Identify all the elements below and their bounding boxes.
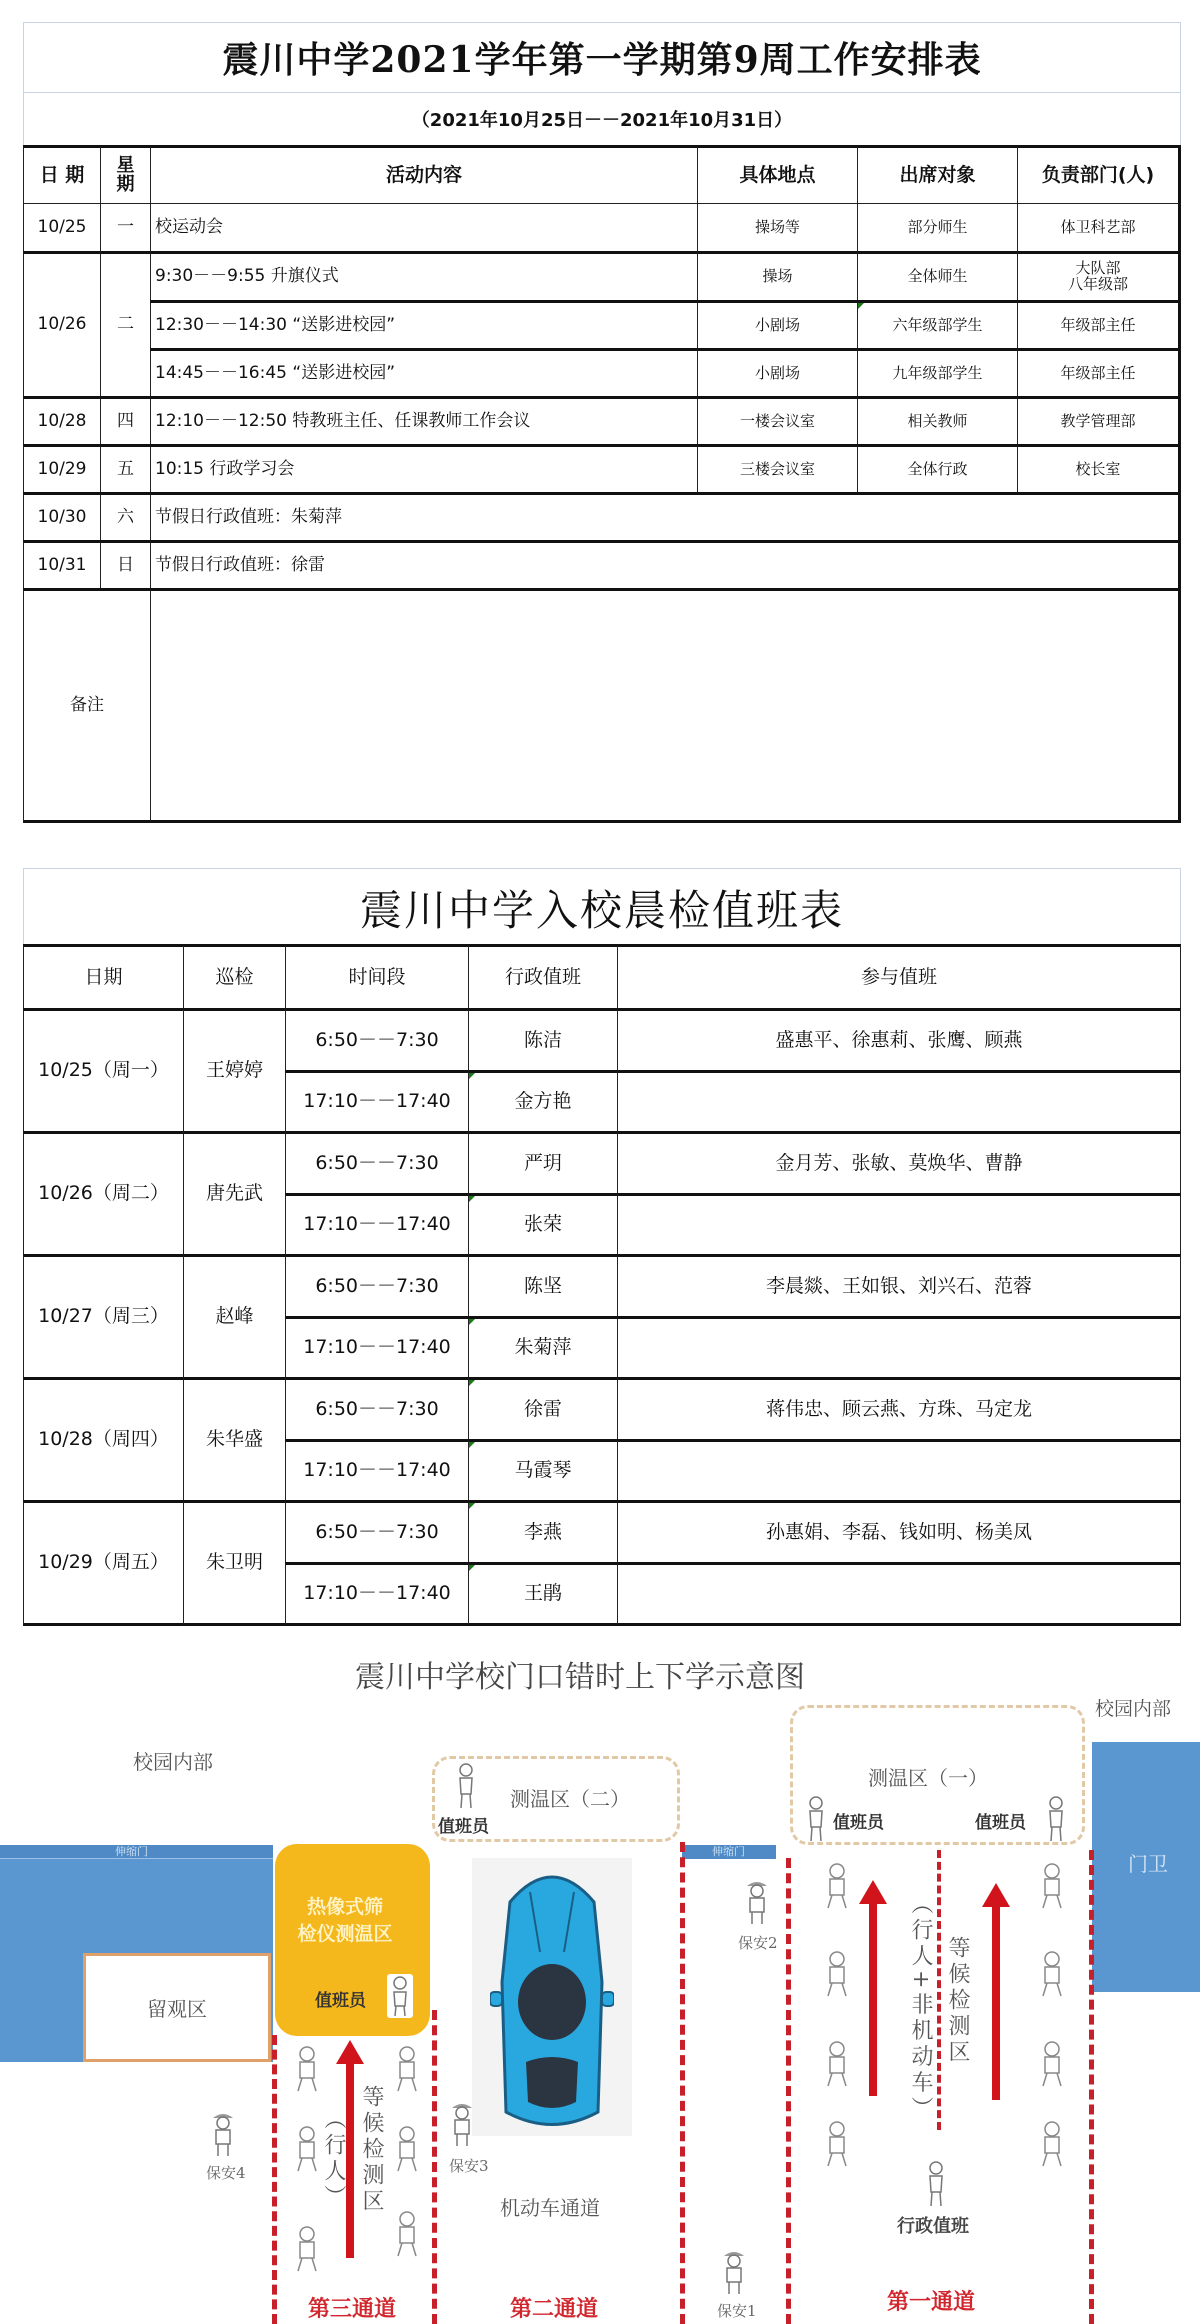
shift-time: 17:10－－17:40 xyxy=(285,1070,469,1132)
row-weekday: 五 xyxy=(100,444,151,493)
row-activity: 9:30－－9:55 升旗仪式 xyxy=(150,251,698,301)
header-patrol: 巡检 xyxy=(183,944,286,1009)
shift-participants xyxy=(617,1070,1181,1132)
day-date: 10/25（周一） xyxy=(23,1008,184,1132)
shift-admin: 王鹃 xyxy=(468,1562,618,1626)
day-patrol: 唐先武 xyxy=(183,1131,286,1255)
shift-time: 6:50－－7:30 xyxy=(285,1008,469,1071)
student-icon xyxy=(820,2120,854,2168)
shift-admin: 张荣 xyxy=(468,1193,618,1255)
day-patrol: 朱华盛 xyxy=(183,1377,286,1501)
thermal-zone-staff-label: 值班员 xyxy=(315,1986,366,2011)
staff-icon xyxy=(1040,1795,1074,1843)
header-department: 负责部门(人) xyxy=(1017,145,1181,204)
header-attendees: 出席对象 xyxy=(857,145,1018,204)
remarks-value xyxy=(150,588,1181,823)
lane-divider xyxy=(432,2010,437,2324)
comment-marker-icon xyxy=(469,1565,475,1571)
comment-marker-icon xyxy=(469,1380,475,1386)
row-activity: 14:45－－16:45 “送影进校园” xyxy=(150,348,698,397)
shift-participants: 盛惠平、徐惠莉、张鹰、顾燕 xyxy=(617,1008,1181,1071)
row-location: 三楼会议室 xyxy=(697,444,858,493)
day-patrol: 朱卫明 xyxy=(183,1500,286,1626)
row-activity: 节假日行政值班：徐雷 xyxy=(150,540,1181,589)
lane-divider xyxy=(786,1858,791,2324)
thermal-scanner-zone: 热像式筛 检仪测温区 值班员 xyxy=(275,1844,430,2036)
row-department: 教学管理部 xyxy=(1017,396,1181,445)
shift-time: 6:50－－7:30 xyxy=(285,1131,469,1194)
shift-admin: 马霞琴 xyxy=(468,1439,618,1501)
day-date: 10/27（周三） xyxy=(23,1254,184,1378)
comment-marker-icon xyxy=(469,1442,475,1448)
student-icon xyxy=(1035,1950,1069,1998)
shift-participants xyxy=(617,1439,1181,1501)
staff-icon xyxy=(387,1974,413,2018)
row-location: 操场 xyxy=(697,251,858,301)
header-weekday-top: 星 xyxy=(117,157,135,176)
row-location: 小剧场 xyxy=(697,348,858,397)
shift-time: 6:50－－7:30 xyxy=(285,1500,469,1563)
temp-zone-1-staff-right-label: 值班员 xyxy=(975,1808,1026,1833)
shift-time: 17:10－－17:40 xyxy=(285,1562,469,1626)
day-date: 10/28（周四） xyxy=(23,1377,184,1501)
student-icon xyxy=(390,2045,424,2093)
shift-admin: 严玥 xyxy=(468,1131,618,1194)
comment-marker-icon xyxy=(469,1503,475,1509)
student-icon xyxy=(390,2210,424,2258)
shift-admin: 李燕 xyxy=(468,1500,618,1563)
shift-time: 17:10－－17:40 xyxy=(285,1316,469,1378)
admin-staff-icon xyxy=(920,2160,954,2208)
shift-participants: 孙惠娟、李磊、钱如明、杨美凤 xyxy=(617,1500,1181,1563)
row-activity: 节假日行政值班：朱菊萍 xyxy=(150,492,1181,541)
shift-admin: 金方艳 xyxy=(468,1070,618,1132)
header-weekday: 星 期 xyxy=(100,145,151,204)
admin-duty-label: 行政值班 xyxy=(897,2212,969,2238)
guard-1-label: 保安1 xyxy=(717,2300,757,2321)
shift-time: 6:50－－7:30 xyxy=(285,1377,469,1440)
shift-participants xyxy=(617,1193,1181,1255)
thermal-zone-line2: 检仪测温区 xyxy=(275,1921,415,1948)
diagram-title: 震川中学校门口错时上下学示意图 xyxy=(300,1652,860,1696)
student-icon xyxy=(1035,2040,1069,2088)
campus-inside-right-label: 校园内部 xyxy=(1095,1694,1171,1721)
row-attendees: 部分师生 xyxy=(857,203,1018,252)
guard-3-label: 保安3 xyxy=(449,2155,489,2176)
row-date: 10/30 xyxy=(23,492,101,541)
row-date: 10/25 xyxy=(23,203,101,252)
guard-icon xyxy=(717,2248,751,2296)
shift-time: 6:50－－7:30 xyxy=(285,1254,469,1317)
campus-inside-left-label: 校园内部 xyxy=(133,1746,213,1775)
shift-admin: 徐雷 xyxy=(468,1377,618,1440)
lane-3-label: 第三通道 xyxy=(308,2292,396,2323)
comment-marker-icon xyxy=(858,303,864,309)
row-date: 10/31 xyxy=(23,540,101,589)
header-date: 日期 xyxy=(23,944,184,1009)
lane1-waiting-label: 等候检测区 xyxy=(942,1936,973,2066)
row-department: 体卫科艺部 xyxy=(1017,203,1181,252)
day-date: 10/26（周二） xyxy=(23,1131,184,1255)
day-patrol: 王婷婷 xyxy=(183,1008,286,1132)
header-participants: 参与值班 xyxy=(617,944,1181,1009)
shift-participants: 蒋伟忠、顾云燕、方珠、马定龙 xyxy=(617,1377,1181,1440)
retractable-gate-left-label: 伸缩门 xyxy=(115,1843,148,1859)
row-department: 年级部主任 xyxy=(1017,348,1181,397)
work-schedule-title: 震川中学2021学年第一学期第9周工作安排表 xyxy=(23,22,1181,93)
student-icon xyxy=(820,2040,854,2088)
row-attendees: 全体行政 xyxy=(857,444,1018,493)
guard-2-label: 保安2 xyxy=(738,1932,778,1953)
shift-participants: 李晨燚、王如银、刘兴石、范蓉 xyxy=(617,1254,1181,1317)
vehicle-lane-label: 机动车通道 xyxy=(500,2192,600,2221)
row-attendees: 全体师生 xyxy=(857,251,1018,301)
retractable-gate-mid: 伸缩门 xyxy=(682,1845,776,1859)
duty-roster-title: 震川中学入校晨检值班表 xyxy=(23,868,1181,946)
header-admin: 行政值班 xyxy=(468,944,618,1009)
header-activity: 活动内容 xyxy=(150,145,698,204)
shift-participants xyxy=(617,1316,1181,1378)
day-date: 10/29（周五） xyxy=(23,1500,184,1626)
temp-zone-2-label: 测温区（二） xyxy=(510,1783,630,1812)
lane1-pedestrian-label: （行人+非机动车） xyxy=(905,1892,936,2122)
arrow-up-icon xyxy=(992,1905,1000,2100)
staff-icon xyxy=(800,1795,834,1843)
guard-4-label: 保安4 xyxy=(206,2162,246,2183)
student-icon xyxy=(290,2125,324,2173)
car-icon xyxy=(490,1862,614,2132)
student-icon xyxy=(820,1862,854,1910)
lane-1-label: 第一通道 xyxy=(887,2285,975,2316)
remarks-label: 备注 xyxy=(23,588,151,823)
temp-zone-1-label: 测温区（一） xyxy=(868,1762,988,1791)
retractable-gate-left: 伸缩门 xyxy=(0,1845,273,1859)
guard-icon xyxy=(206,2110,240,2158)
lane-divider xyxy=(272,2035,277,2324)
dept-line-2: 八年级部 xyxy=(1068,277,1128,293)
student-icon xyxy=(290,2225,324,2273)
row-weekday: 四 xyxy=(100,396,151,445)
day-patrol: 赵峰 xyxy=(183,1254,286,1378)
shift-participants: 金月芳、张敏、莫焕华、曹静 xyxy=(617,1131,1181,1194)
row-activity: 12:10－－12:50 特教班主任、任课教师工作会议 xyxy=(150,396,698,445)
comment-marker-icon xyxy=(469,1073,475,1079)
row-activity: 校运动会 xyxy=(150,203,698,252)
comment-marker-icon xyxy=(469,1319,475,1325)
lane-divider xyxy=(1089,1850,1094,2324)
shift-time: 17:10－－17:40 xyxy=(285,1193,469,1255)
lane-divider xyxy=(680,1842,685,2324)
shift-participants xyxy=(617,1562,1181,1626)
row-department: 年级部主任 xyxy=(1017,300,1181,349)
row-attendees: 六年级部学生 xyxy=(857,300,1018,349)
row-weekday: 二 xyxy=(100,251,151,397)
student-icon xyxy=(290,2045,324,2093)
guard-icon xyxy=(445,2100,479,2148)
row-location: 小剧场 xyxy=(697,300,858,349)
row-department: 校长室 xyxy=(1017,444,1181,493)
observation-area-label: 留观区 xyxy=(147,1993,207,2022)
header-date: 日 期 xyxy=(23,145,101,204)
guard-room: 门卫 xyxy=(1092,1742,1200,1992)
row-date: 10/29 xyxy=(23,444,101,493)
row-weekday: 六 xyxy=(100,492,151,541)
guard-icon xyxy=(740,1878,774,1926)
shift-admin: 陈坚 xyxy=(468,1254,618,1317)
row-weekday: 一 xyxy=(100,203,151,252)
lane-divider xyxy=(937,1850,941,2130)
shift-admin: 陈洁 xyxy=(468,1008,618,1071)
student-icon xyxy=(820,1950,854,1998)
header-time: 时间段 xyxy=(285,944,469,1009)
row-attendees: 相关教师 xyxy=(857,396,1018,445)
lane-2-label: 第二通道 xyxy=(510,2292,598,2323)
guard-room-label: 门卫 xyxy=(1128,1848,1168,1877)
student-icon xyxy=(390,2125,424,2173)
row-location: 一楼会议室 xyxy=(697,396,858,445)
row-date: 10/28 xyxy=(23,396,101,445)
retractable-gate-mid-label: 伸缩门 xyxy=(712,1843,745,1859)
row-activity: 10:15 行政学习会 xyxy=(150,444,698,493)
thermal-zone-line1: 热像式筛 xyxy=(275,1894,415,1921)
student-icon xyxy=(1035,2120,1069,2168)
header-location: 具体地点 xyxy=(697,145,858,204)
shift-time: 17:10－－17:40 xyxy=(285,1439,469,1501)
row-weekday: 日 xyxy=(100,540,151,589)
row-location: 操场等 xyxy=(697,203,858,252)
arrow-up-icon xyxy=(869,1902,877,2096)
lane3-waiting-label: 等候检测区 xyxy=(356,2085,387,2215)
temp-zone-1-staff-left-label: 值班员 xyxy=(833,1808,884,1833)
temp-zone-2-staff-label: 值班员 xyxy=(438,1812,489,1837)
work-schedule-date-range: （2021年10月25日－－2021年10月31日） xyxy=(23,93,1181,145)
header-weekday-bottom: 期 xyxy=(117,176,135,195)
row-activity: 12:30－－14:30 “送影进校园” xyxy=(150,300,698,349)
row-date: 10/26 xyxy=(23,251,101,397)
shift-admin: 朱菊萍 xyxy=(468,1316,618,1378)
comment-marker-icon xyxy=(469,1196,475,1202)
student-icon xyxy=(1035,1862,1069,1910)
row-department: 大队部 八年级部 xyxy=(1017,251,1181,301)
staff-icon xyxy=(450,1762,484,1810)
row-attendees: 九年级部学生 xyxy=(857,348,1018,397)
observation-area: 留观区 xyxy=(83,1953,271,2062)
